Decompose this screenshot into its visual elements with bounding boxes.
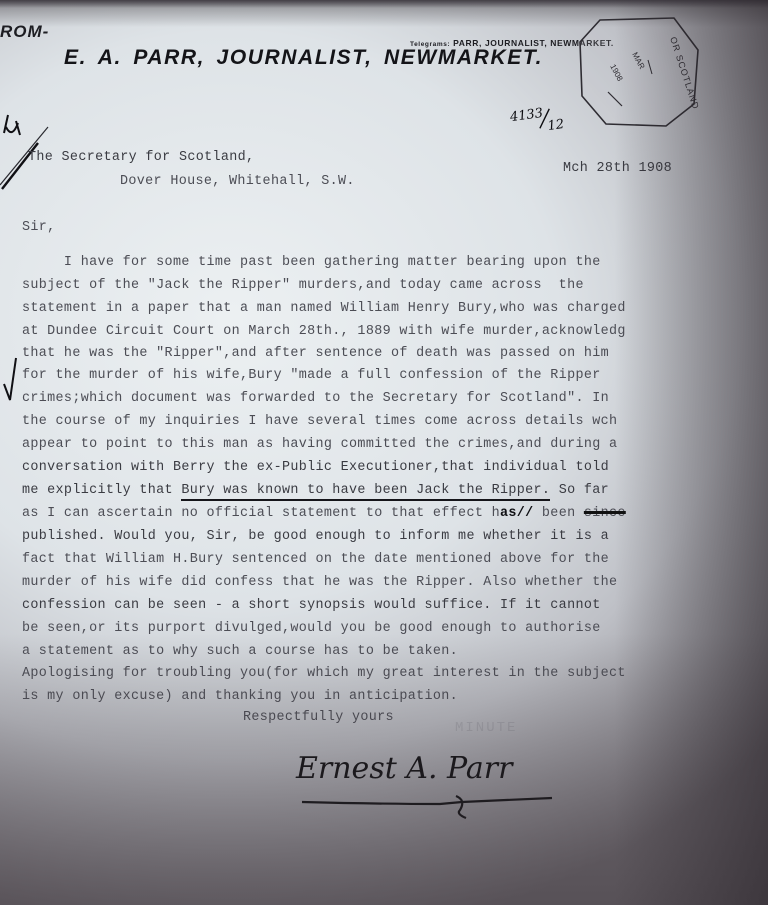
letter-date: Mch 28th 1908 — [563, 161, 672, 176]
body-line: that he was the "Ripper",and after sente… — [22, 346, 609, 361]
show-through-text: MINUTE — [455, 720, 517, 736]
body-line: at Dundee Circuit Court on March 28th., … — [22, 324, 626, 339]
body-line: murder of his wife did confess that he w… — [22, 575, 617, 590]
body-line: I have for some time past been gathering… — [22, 255, 601, 270]
signature: Ernest A. Parr — [290, 740, 570, 820]
body-text: as I can ascertain no official statement… — [22, 506, 500, 521]
letterhead-name: E. A. PARR, JOURNALIST, NEWMARKET. — [64, 46, 543, 70]
recipient-address-line-2: Dover House, Whitehall, S.W. — [120, 174, 355, 189]
body-line: Apologising for troubling you(for which … — [22, 666, 626, 681]
salutation: Sir, — [22, 220, 56, 235]
from-label: ROM- — [0, 22, 49, 42]
body-line: crimes;which document was forwarded to t… — [22, 391, 609, 406]
body-text: been — [534, 506, 584, 521]
body-line: statement in a paper that a man named Wi… — [22, 301, 626, 316]
underlined-statement: Bury was known to have been Jack the Rip… — [181, 483, 550, 501]
received-stamp-icon: OR SCOTLAND MAR 1908 — [578, 16, 700, 128]
body-line: for the murder of his wife,Bury "made a … — [22, 368, 601, 383]
body-line: appear to point to this man as having co… — [22, 437, 617, 452]
body-line: subject of the "Jack the Ripper" murders… — [22, 278, 584, 293]
body-line: confession can be seen - a short synopsi… — [22, 598, 601, 613]
page-top-edge — [0, 0, 768, 8]
struck-word: since — [584, 506, 626, 521]
body-line: a statement as to why such a course has … — [22, 644, 458, 659]
reference-number: 4133 12 — [509, 106, 544, 125]
body-text: me explicitly that — [22, 483, 181, 498]
letter-page: ROM- Telegrams: PARR, JOURNALIST, NEWMAR… — [0, 0, 768, 905]
body-line: be seen,or its purport divulged,would yo… — [22, 621, 601, 636]
body-line-emphasis: me explicitly that Bury was known to hav… — [22, 483, 609, 498]
reference-denominator: 12 — [547, 117, 565, 134]
body-text: So far — [550, 483, 609, 498]
body-line: published. Would you, Sir, be good enoug… — [22, 529, 609, 544]
body-line: the course of my inquiries I have severa… — [22, 414, 617, 429]
signature-text: Ernest A. Parr — [295, 751, 514, 786]
closing-phrase: Respectfully yours — [243, 710, 394, 725]
recipient-address-line-1: The Secretary for Scotland, — [28, 150, 254, 165]
body-line: is my only excuse) and thanking you in a… — [22, 689, 458, 704]
body-line-correction: as I can ascertain no official statement… — [22, 506, 626, 521]
margin-check-mark-icon — [2, 354, 26, 406]
body-line: fact that William H.Bury sentenced on th… — [22, 552, 609, 567]
body-line: conversation with Berry the ex-Public Ex… — [22, 460, 609, 475]
handwritten-correction: as// — [500, 506, 534, 521]
